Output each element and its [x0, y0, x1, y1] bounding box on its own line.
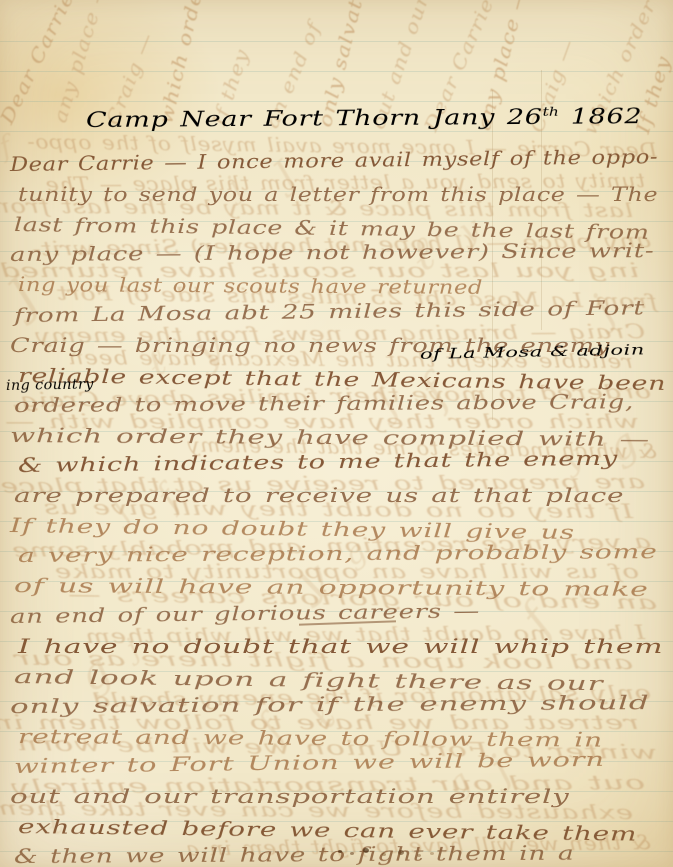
- ghost-flourish: g: [599, 418, 646, 473]
- ghost-flourish: j: [481, 747, 519, 791]
- ink-smudge: [338, 850, 342, 853]
- ghost-flourish: g: [437, 761, 477, 805]
- ghost-flourish: y: [286, 549, 337, 609]
- ghost-flourish: j: [119, 633, 145, 665]
- bleedthrough-line: are prepared to receive us at that place: [0, 469, 645, 498]
- letter-line: retreat and we have to follow them in: [18, 724, 603, 752]
- vertical-ghost-stroke: Dear Carrie: [0, 0, 79, 128]
- ghost-flourish: g: [337, 532, 373, 573]
- ghost-flourish: J: [0, 268, 49, 323]
- bleedthrough-line: out and our transportation entirely: [10, 770, 645, 798]
- letter-line: Dear Carrie — I once more avail myself o…: [10, 144, 658, 176]
- bleedthrough-line: of us will have an opportunity to make: [54, 559, 639, 583]
- ghost-flourish: ℓ: [140, 340, 174, 386]
- bleedthrough-line: retreat and we have to follow them in: [0, 710, 639, 734]
- letter-line: & then we will have to fight them in a: [14, 841, 575, 867]
- letter-line: ing you last our scouts have returned: [18, 272, 483, 299]
- bleedthrough-line: exhausted before we can ever take them: [0, 796, 633, 824]
- dateline-text: Camp Near Fort Thorn Jany 26: [86, 105, 543, 132]
- ghost-flourish: j: [581, 286, 623, 331]
- letter-line: an end of our glorious careers —: [10, 598, 480, 628]
- bleedthrough-line: Dear Carrie — I once more avail myself o…: [27, 129, 658, 162]
- bleedthrough-line: last from this place & it may be the las…: [0, 194, 633, 223]
- bleedthrough-line: I have no doubt that we will whip them: [85, 620, 645, 648]
- ghost-flourish: y: [185, 321, 231, 378]
- ghost-flourish: ℓ: [294, 692, 348, 739]
- bleedthrough-line: which order they have complied with —: [4, 409, 639, 433]
- letter-page: fℓygjJfℓygjJfℓygjJfℓygjJfℓ Dear Carriean…: [0, 0, 673, 867]
- dateline: Camp Near Fort Thorn Jany 26th 1862: [86, 104, 642, 132]
- ghost-flourish: ℓ: [40, 802, 69, 845]
- interlineation: ing country: [6, 376, 94, 394]
- bleedthrough-line: Craig — bringing no news from the enemy: [35, 319, 645, 347]
- ghost-flourish: J: [265, 153, 304, 195]
- ghost-flourish: f: [510, 595, 564, 645]
- ghost-flourish: f: [149, 480, 188, 517]
- letter-line: exhausted before we can ever take them: [18, 814, 637, 846]
- letter-line: tunity to send you a letter from this pl…: [18, 182, 658, 206]
- letter-line: a very nice reception, and probably some: [18, 539, 658, 567]
- letter-line: any place — (I hope not however) Since w…: [10, 238, 654, 266]
- ghost-flourish: j: [220, 171, 250, 204]
- bleedthrough-line: winter to Fort Union we will be worn: [16, 731, 657, 764]
- fold-crease: [492, 90, 493, 420]
- letter-line: are prepared to receive us at that place: [14, 483, 624, 507]
- letter-line: only salvation for if the enemy should: [10, 690, 650, 718]
- letter-line: & which indicates to me that the enemy: [18, 446, 618, 477]
- bleedthrough-line: & which indicates to me that the enemy: [187, 432, 657, 463]
- underline-mark: [299, 620, 396, 625]
- ghost-flourish: ℓ: [562, 577, 602, 613]
- letter-line: and look upon a fight there as our: [14, 664, 604, 695]
- letter-line: from La Mosa abt 25 miles this side of F…: [14, 295, 645, 327]
- bleedthrough-line: an end of our glorious careers —: [67, 581, 657, 613]
- bleedthrough-line: & then we will have to fight them in a: [185, 830, 651, 860]
- letter-line: ordered to move their families above Cra…: [14, 389, 634, 417]
- letter-line: I have no doubt that we will whip them: [18, 634, 663, 658]
- letter-line: winter to Fort Union we will be worn: [14, 747, 605, 778]
- bleedthrough-line: any place — (I hope not however) Since w…: [31, 228, 651, 261]
- ghost-flourish: y: [553, 436, 590, 480]
- dateline-superscript: th: [543, 105, 559, 119]
- bleedthrough-line: a very nice reception, and probably some: [11, 529, 651, 562]
- bleedthrough-line: ing you last our scouts have returned: [0, 258, 639, 282]
- ghost-flourish: f: [0, 129, 16, 163]
- letter-line: out and our transportation entirely: [10, 784, 569, 808]
- bleedthrough-line: ordered to move their families above Cra…: [11, 379, 651, 412]
- ghost-flourish: f: [249, 709, 292, 747]
- ghost-flourish: J: [365, 382, 408, 425]
- letter-line: which order they have complied with —: [10, 423, 650, 451]
- letter-line: of us will have an opportunity to make: [14, 573, 649, 601]
- ghost-flourish: y: [453, 208, 486, 250]
- bleedthrough-line: and look upon a fight there as our: [13, 645, 633, 673]
- interlineation: of La Mosa & adjoin: [420, 342, 645, 363]
- letter-line: last from this place & it may be the las…: [14, 212, 650, 244]
- vertical-ghost-stroke: any place —: [49, 0, 113, 125]
- letter-line: reliable except that the Mexicans have b…: [18, 363, 666, 395]
- bleedthrough-line: from La Mosa abt 25 miles this side of F…: [56, 280, 657, 312]
- bleedthrough-line: only salvation for if the enemy should: [91, 680, 651, 712]
- dateline-year: 1862: [559, 104, 643, 129]
- ghost-flourish: ℓ: [402, 225, 443, 283]
- letter-line: If they do no doubt they will give us: [10, 513, 575, 544]
- ghost-flourish: f: [409, 366, 460, 416]
- ghost-flourish: J: [104, 496, 137, 528]
- bleedthrough-line: If they do no doubt they will give us: [43, 495, 633, 523]
- bleedthrough-line: tunity to send you a letter from this pl…: [45, 168, 645, 196]
- ghost-flourish: g: [69, 646, 120, 703]
